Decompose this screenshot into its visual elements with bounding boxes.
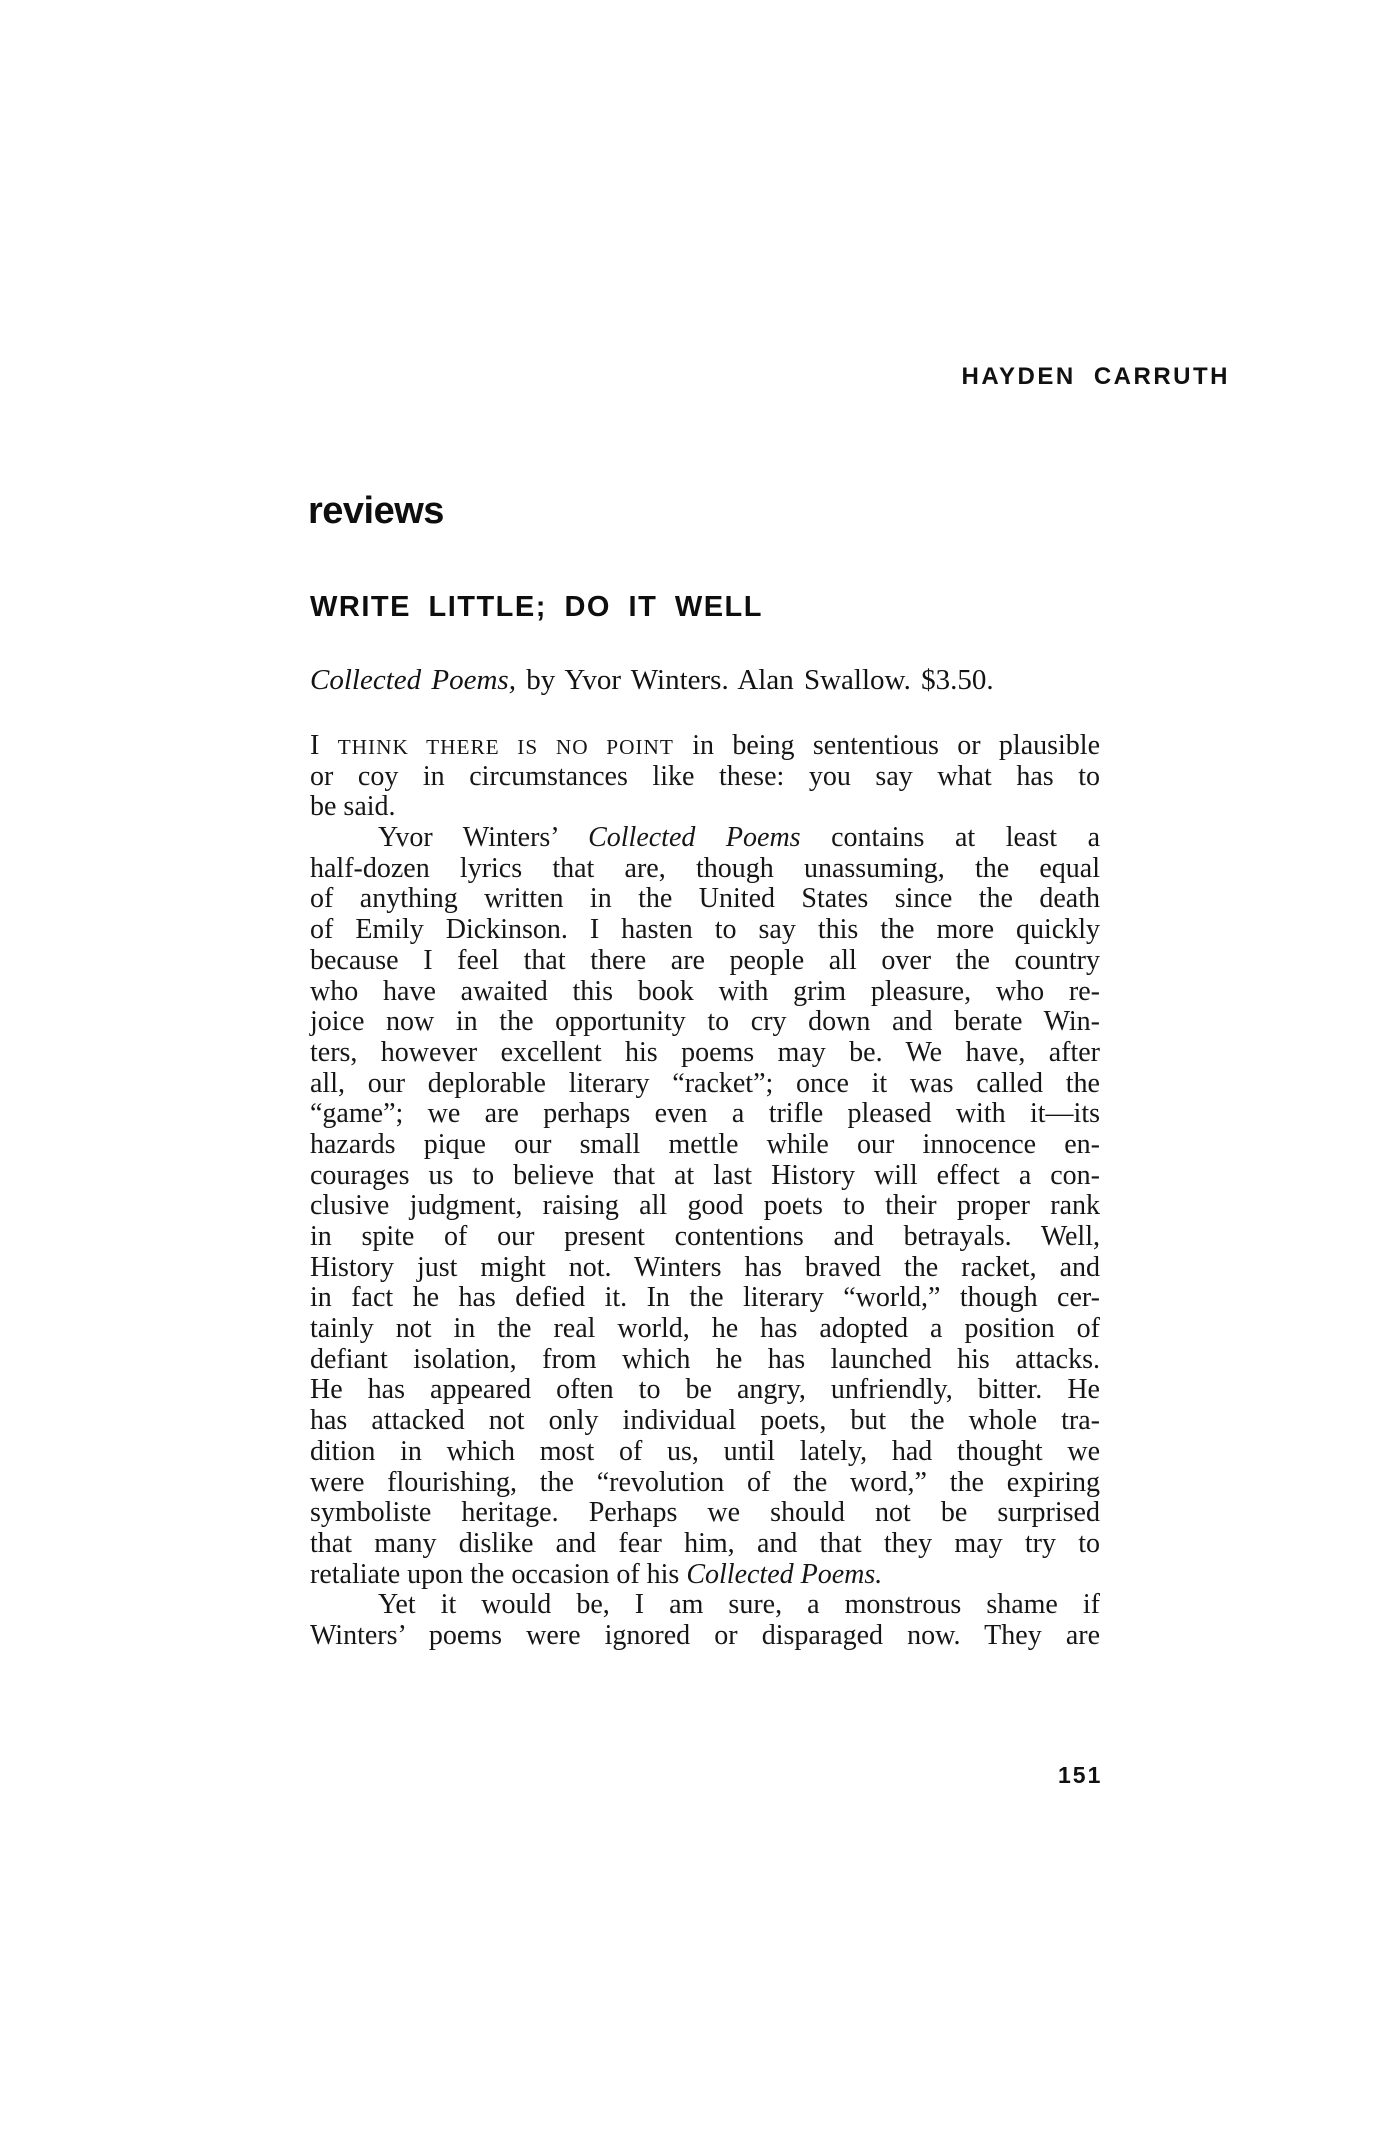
body-segment: in fact he has defied it. In the literar… bbox=[310, 1282, 1100, 1313]
body-line: Yvor Winters’ Collected Poems contains a… bbox=[310, 823, 1100, 854]
body-segment: who have awaited this book with grim ple… bbox=[310, 976, 1100, 1007]
body-line: of Emily Dickinson. I hasten to say this… bbox=[310, 915, 1100, 946]
body-line: or coy in circumstances like these: you … bbox=[310, 762, 1100, 793]
body-line: tainly not in the real world, he has ado… bbox=[310, 1314, 1100, 1345]
body-line: ters, however excellent his poems may be… bbox=[310, 1038, 1100, 1069]
body-line: He has appeared often to be angry, unfri… bbox=[310, 1375, 1100, 1406]
body-line: because I feel that there are people all… bbox=[310, 946, 1100, 977]
body-line: be said. bbox=[310, 792, 1100, 823]
body-segment: because I feel that there are people all… bbox=[310, 945, 1100, 976]
body-segment: dition in which most of us, until lately… bbox=[310, 1436, 1100, 1467]
body-segment: hazards pique our small mettle while our… bbox=[310, 1129, 1100, 1160]
body-segment: retaliate upon the occasion of his bbox=[310, 1559, 686, 1590]
body-line: hazards pique our small mettle while our… bbox=[310, 1130, 1100, 1161]
body-segment: joice now in the opportunity to cry down… bbox=[310, 1006, 1100, 1037]
body-segment-smallcaps: THINK THERE IS NO POINT bbox=[338, 735, 674, 759]
body-line: half-dozen lyrics that are, though unass… bbox=[310, 854, 1100, 885]
body-segment: has attacked not only individual poets, … bbox=[310, 1405, 1100, 1436]
running-header-author: HAYDEN CARRUTH bbox=[962, 363, 1230, 391]
article-title: WRITE LITTLE; DO IT WELL bbox=[310, 592, 763, 624]
book-byline-rest: by Yvor Winters. Alan Swallow. $3.50. bbox=[516, 664, 994, 696]
body-segment: ters, however excellent his poems may be… bbox=[310, 1037, 1100, 1068]
body-segment: clusive judgment, raising all good poets… bbox=[310, 1190, 1100, 1221]
body-segment: were flourishing, the “revolution of the… bbox=[310, 1467, 1100, 1498]
body-segment: all, our deplorable literary “racket”; o… bbox=[310, 1068, 1100, 1099]
body-line: defiant isolation, from which he has lau… bbox=[310, 1345, 1100, 1376]
body-segment: “game”; we are perhaps even a trifle ple… bbox=[310, 1098, 1100, 1129]
body-line: in fact he has defied it. In the literar… bbox=[310, 1283, 1100, 1314]
body-segment: contains at least a bbox=[801, 822, 1100, 853]
body-segment: symboliste heritage. Perhaps we should n… bbox=[310, 1497, 1100, 1528]
section-heading: reviews bbox=[308, 492, 444, 530]
body-line: symboliste heritage. Perhaps we should n… bbox=[310, 1498, 1100, 1529]
body-segment: be said. bbox=[310, 791, 396, 822]
body-line: joice now in the opportunity to cry down… bbox=[310, 1007, 1100, 1038]
body-line: Winters’ poems were ignored or disparage… bbox=[310, 1621, 1100, 1652]
body-segment: in spite of our present contentions and … bbox=[310, 1221, 1100, 1252]
body-segment-italic: Collected Poems bbox=[588, 822, 801, 853]
body-line: Yet it would be, I am sure, a monstrous … bbox=[310, 1590, 1100, 1621]
body-segment: I bbox=[310, 730, 338, 761]
body-segment: courages us to believe that at last Hist… bbox=[310, 1160, 1100, 1191]
body-text: I THINK THERE IS NO POINT in being sente… bbox=[310, 731, 1100, 1652]
body-segment: half-dozen lyrics that are, though unass… bbox=[310, 853, 1100, 884]
scanned-page: HAYDEN CARRUTH reviews WRITE LITTLE; DO … bbox=[0, 0, 1400, 2154]
body-line: of anything written in the United States… bbox=[310, 884, 1100, 915]
body-line: has attacked not only individual poets, … bbox=[310, 1406, 1100, 1437]
body-line: who have awaited this book with grim ple… bbox=[310, 977, 1100, 1008]
body-segment: He has appeared often to be angry, unfri… bbox=[310, 1374, 1100, 1405]
body-segment: Yvor Winters’ bbox=[378, 822, 588, 853]
body-line: I THINK THERE IS NO POINT in being sente… bbox=[310, 731, 1100, 762]
body-line: History just might not. Winters has brav… bbox=[310, 1253, 1100, 1284]
book-title: Collected Poems, bbox=[310, 664, 516, 696]
body-segment-italic: Collected Poems. bbox=[686, 1559, 882, 1590]
page-number: 151 bbox=[1058, 1762, 1102, 1789]
body-segment: or coy in circumstances like these: you … bbox=[310, 761, 1100, 792]
body-line: all, our deplorable literary “racket”; o… bbox=[310, 1069, 1100, 1100]
body-line: dition in which most of us, until lately… bbox=[310, 1437, 1100, 1468]
body-segment: Winters’ poems were ignored or disparage… bbox=[310, 1620, 1100, 1651]
body-line: in spite of our present contentions and … bbox=[310, 1222, 1100, 1253]
body-segment: defiant isolation, from which he has lau… bbox=[310, 1344, 1100, 1375]
body-line: retaliate upon the occasion of his Colle… bbox=[310, 1560, 1100, 1591]
body-segment: in being sententious or plausible bbox=[674, 730, 1100, 761]
body-line: were flourishing, the “revolution of the… bbox=[310, 1468, 1100, 1499]
body-segment: tainly not in the real world, he has ado… bbox=[310, 1313, 1100, 1344]
body-segment: of Emily Dickinson. I hasten to say this… bbox=[310, 914, 1100, 945]
body-segment: Yet it would be, I am sure, a monstrous … bbox=[378, 1589, 1100, 1620]
body-line: “game”; we are perhaps even a trifle ple… bbox=[310, 1099, 1100, 1130]
body-line: that many dislike and fear him, and that… bbox=[310, 1529, 1100, 1560]
body-segment: that many dislike and fear him, and that… bbox=[310, 1528, 1100, 1559]
body-segment: of anything written in the United States… bbox=[310, 883, 1100, 914]
body-line: clusive judgment, raising all good poets… bbox=[310, 1191, 1100, 1222]
body-line: courages us to believe that at last Hist… bbox=[310, 1161, 1100, 1192]
body-segment: History just might not. Winters has brav… bbox=[310, 1252, 1100, 1283]
book-byline: Collected Poems, by Yvor Winters. Alan S… bbox=[310, 663, 994, 698]
